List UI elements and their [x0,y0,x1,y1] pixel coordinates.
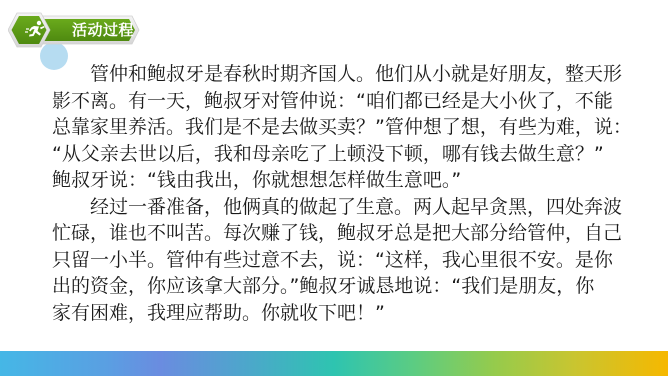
text-line: 管仲和鲍叔牙是春秋时期齐国人。他们从小就是好朋友，整天形 [52,61,628,88]
running-person-icon [25,20,47,40]
text-line: “从父亲去世以后，我和母亲吃了上顿没下顿，哪有钱去做生意？” [52,141,628,168]
text-line: 家有困难，我理应帮助。你就收下吧！” [52,300,628,327]
text-line: 鲍叔牙说：“钱由我出，你就想想怎样做生意吧。” [52,167,628,194]
slide: 活动过程 管仲和鲍叔牙是春秋时期齐国人。他们从小就是好朋友，整天形 影不离。有一… [0,0,668,376]
text-line: 总靠家里养活。我们是不是去做买卖？”管仲想了想，有些为难，说： [52,114,628,141]
story-text: 管仲和鲍叔牙是春秋时期齐国人。他们从小就是好朋友，整天形 影不离。有一天，鲍叔牙… [52,61,628,326]
section-header-badge: 活动过程 [8,12,142,48]
section-title: 活动过程 [72,19,134,41]
footer-gradient-bar [0,351,668,376]
text-line: 经过一番准备，他俩真的做起了生意。两人起早贪黑，四处奔波 [52,194,628,221]
text-line: 只留一小半。管仲有些过意不去，说：“这样，我心里很不安。是你 [52,247,628,274]
text-line: 出的资金，你应该拿大部分。”鲍叔牙诚恳地说：“我们是朋友，你 [52,273,628,300]
paragraph-1: 管仲和鲍叔牙是春秋时期齐国人。他们从小就是好朋友，整天形 影不离。有一天，鲍叔牙… [52,61,628,194]
text-line: 影不离。有一天，鲍叔牙对管仲说：“咱们都已经是大小伙了，不能 [52,88,628,115]
text-line: 忙碌，谁也不叫苦。每次赚了钱，鲍叔牙总是把大部分给管仲，自己 [52,220,628,247]
paragraph-2: 经过一番准备，他俩真的做起了生意。两人起早贪黑，四处奔波 忙碌，谁也不叫苦。每次… [52,194,628,327]
